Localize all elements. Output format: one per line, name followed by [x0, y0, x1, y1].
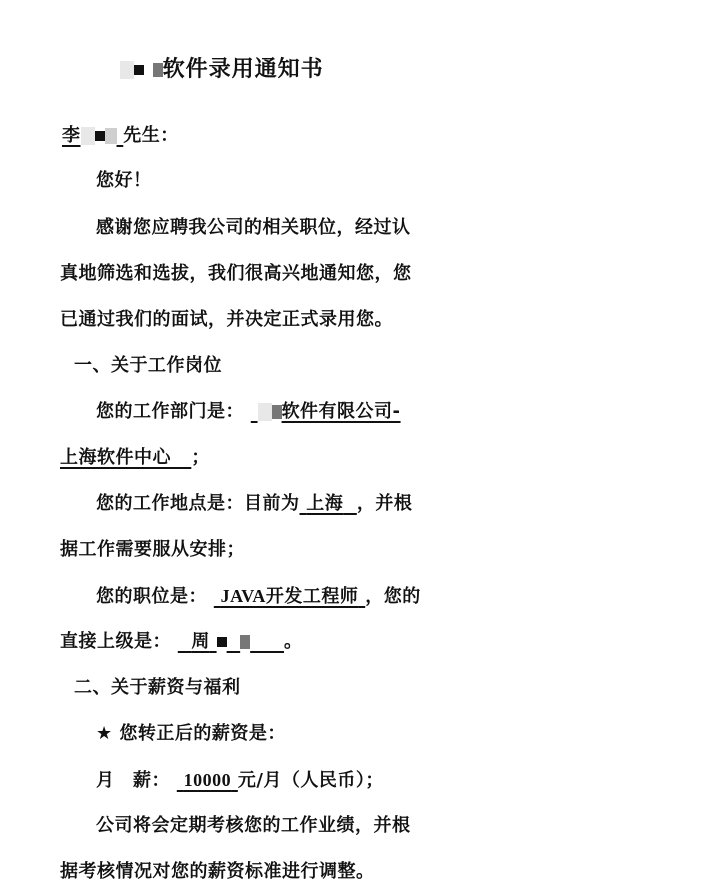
monthly-label: 月 薪： [96, 770, 170, 791]
redacted-block [120, 61, 134, 79]
location-line-2: 据工作需要服从安排； [60, 538, 245, 562]
redacted-block [258, 403, 272, 421]
monthly-amount-text: 10000 [184, 770, 232, 790]
letter-title: 软件录用通知书 [120, 56, 324, 84]
department-line-1: 您的工作部门是： 软件有限公司- [96, 400, 401, 424]
title-text: 软件录用通知书 [163, 57, 324, 82]
salutation: 李 先生： [62, 124, 179, 148]
redacted-block [134, 65, 144, 75]
supervisor-end: 。 [284, 631, 303, 652]
star-icon: ★ [96, 723, 113, 744]
salutation-suffix: 先生： [123, 125, 179, 146]
department-value-text: 软件有限公司- [282, 401, 401, 422]
location-value-text: 上海 [306, 493, 343, 514]
department-value: 软件有限公司- [251, 401, 401, 422]
department-value-text-2: 上海软件中心 [60, 447, 171, 468]
recipient-surname: 李 [62, 125, 81, 146]
salary-intro-line: ★ 您转正后的薪资是： [96, 722, 286, 746]
supervisor-line: 直接上级是： 周 。 [60, 630, 303, 654]
supervisor-value: 周 [178, 631, 284, 652]
salary-intro: 您转正后的薪资是： [119, 723, 286, 744]
redacted-block [272, 405, 282, 419]
location-line-1: 您的工作地点是：目前为 上海 ，并根 [96, 492, 412, 516]
department-end: ； [191, 447, 210, 468]
position-label: 您的职位是： [96, 586, 207, 607]
redacted-block [153, 63, 163, 77]
review-line-1: 公司将会定期考核您的工作业绩，并根 [96, 814, 411, 838]
position-rest: ，您的 [365, 586, 421, 607]
review-line-2: 据考核情况对您的薪资标准进行调整。 [60, 860, 375, 884]
location-rest: ，并根 [357, 493, 413, 514]
department-label: 您的工作部门是： [96, 401, 244, 422]
intro-line-2: 真地筛选和选拔，我们很高兴地通知您，您 [60, 262, 412, 286]
recipient-name: 李 [62, 125, 123, 146]
location-label: 您的工作地点是：目前为 [96, 493, 300, 514]
redacted-block [81, 127, 95, 145]
supervisor-surname: 周 [191, 631, 210, 652]
monthly-salary-line: 月 薪： 10000 元/月（人民币）； [96, 768, 384, 792]
intro-line-3: 已通过我们的面试，并决定正式录用您。 [60, 308, 393, 332]
supervisor-label: 直接上级是： [60, 631, 171, 652]
monthly-unit: 元/月（人民币）； [238, 770, 384, 791]
redacted-block [95, 131, 105, 141]
position-value: JAVA开发工程师 [214, 586, 365, 607]
monthly-amount: 10000 [177, 770, 238, 791]
position-line: 您的职位是： JAVA开发工程师 ，您的 [96, 584, 421, 608]
department-value-cont: 上海软件中心 [60, 447, 191, 468]
greeting: 您好！ [96, 169, 152, 193]
section1-heading: 一、关于工作岗位 [74, 354, 222, 378]
intro-line-1: 感谢您应聘我公司的相关职位，经过认 [96, 216, 411, 240]
redacted-block [240, 635, 250, 649]
redacted-block [217, 637, 227, 647]
position-value-text: JAVA开发工程师 [221, 586, 359, 606]
location-value: 上海 [300, 493, 357, 514]
department-line-2: 上海软件中心 ； [60, 446, 210, 470]
redacted-block [105, 128, 117, 144]
section2-heading: 二、关于薪资与福利 [74, 676, 241, 700]
